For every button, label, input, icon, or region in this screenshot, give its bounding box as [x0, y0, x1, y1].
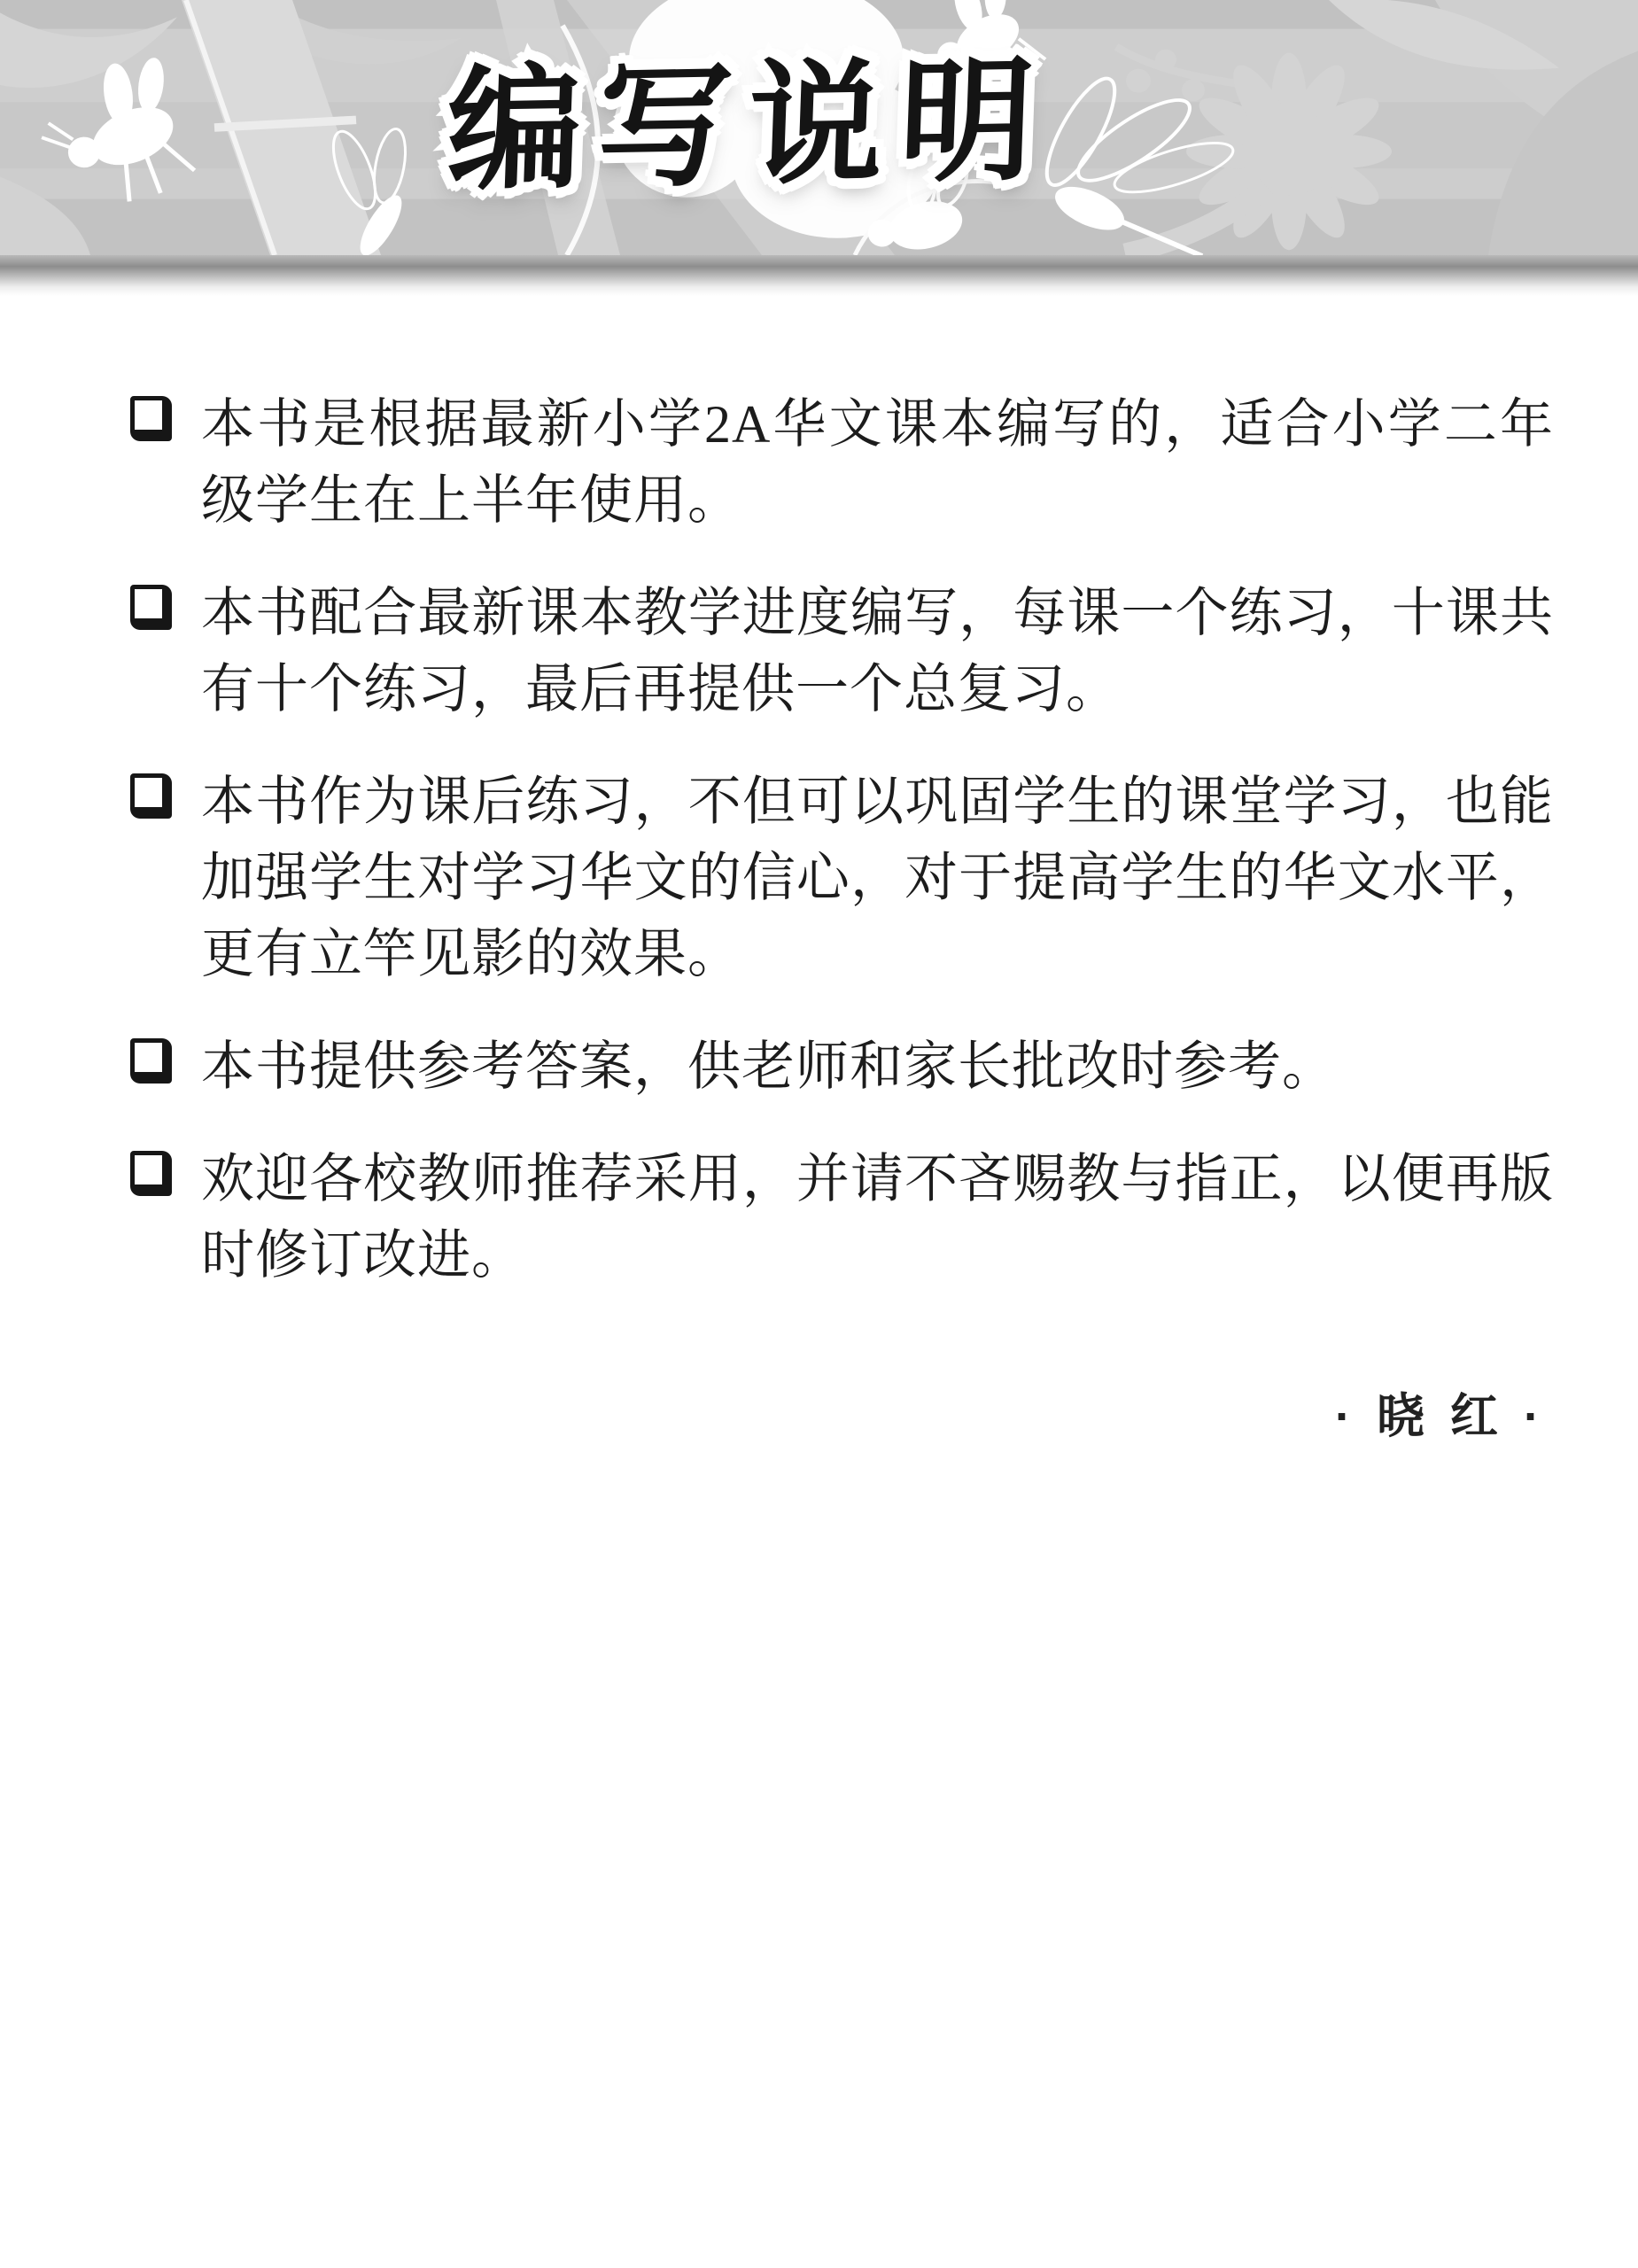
- note-text: 本书配合最新课本教学进度编写，每课一个练习，十课共有十个练习，最后再提供一个总复…: [201, 575, 1554, 727]
- list-item: 本书是根据最新小学2A华文课本编写的，适合小学二年级学生在上半年使用。: [130, 386, 1554, 539]
- list-item: 本书提供参考答案，供老师和家长批改时参考。: [130, 1029, 1554, 1105]
- header-banner: 编写说明 编写说明: [0, 0, 1638, 255]
- author-signature: · 晓 红 ·: [0, 1379, 1546, 1447]
- note-text: 本书提供参考答案，供老师和家长批改时参考。: [201, 1029, 1554, 1105]
- note-text: 本书是根据最新小学2A华文课本编写的，适合小学二年级学生在上半年使用。: [201, 386, 1554, 539]
- note-text: 欢迎各校教师推荐采用，并请不吝赐教与指正，以便再版时修订改进。: [201, 1141, 1554, 1293]
- shadowed-square-bullet-icon: [130, 773, 172, 819]
- notes-list: 本书是根据最新小学2A华文课本编写的，适合小学二年级学生在上半年使用。 本书配合…: [0, 386, 1638, 1293]
- shadowed-square-bullet-icon: [130, 1038, 172, 1084]
- banner-shadow-edge: [0, 255, 1638, 296]
- shadowed-square-bullet-icon: [130, 396, 172, 441]
- note-text: 本书作为课后练习，不但可以巩固学生的课堂学习，也能加强学生对学习华文的信心，对于…: [201, 764, 1554, 992]
- list-item: 欢迎各校教师推荐采用，并请不吝赐教与指正，以便再版时修订改进。: [130, 1141, 1554, 1293]
- book-page: 编写说明 编写说明 本书是根据最新小学2A华文课本编写的，适合小学二年级学生在上…: [0, 0, 1638, 2268]
- page-title: 编写说明 编写说明: [444, 46, 1052, 205]
- shadowed-square-bullet-icon: [130, 585, 172, 630]
- shadowed-square-bullet-icon: [130, 1151, 172, 1196]
- page-title-text: 编写说明: [444, 46, 1052, 205]
- list-item: 本书配合最新课本教学进度编写，每课一个练习，十课共有十个练习，最后再提供一个总复…: [130, 575, 1554, 727]
- list-item: 本书作为课后练习，不但可以巩固学生的课堂学习，也能加强学生对学习华文的信心，对于…: [130, 764, 1554, 992]
